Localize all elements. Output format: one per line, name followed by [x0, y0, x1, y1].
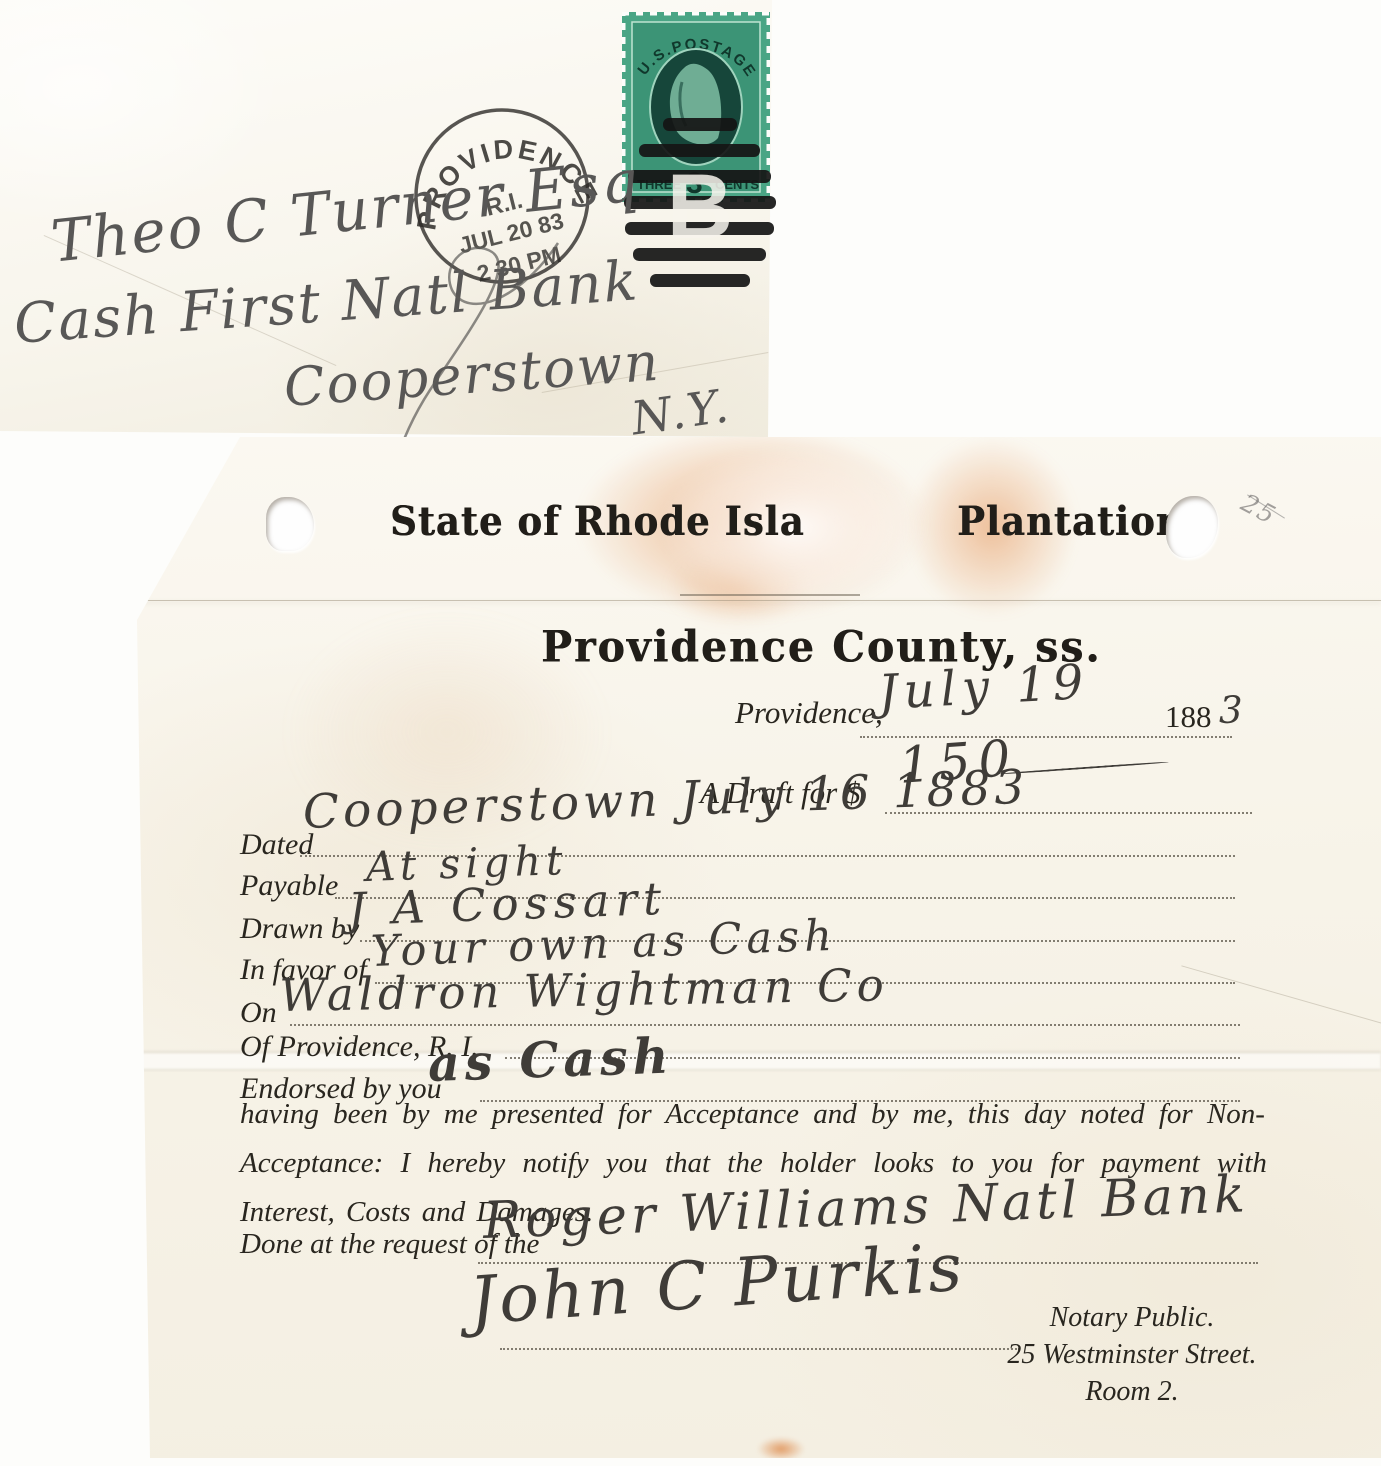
body-line-1: having been by me presented for Acceptan…: [240, 1098, 1265, 1131]
dotted-rule: [500, 1348, 1020, 1350]
field-value-endorsed: as Cash: [427, 1026, 674, 1093]
letter-sheet: State of Rhode Isla Plantations. Provide…: [137, 437, 1381, 1458]
scanned-document: PROVIDENCE R.I. JUL 20 83 2 30 PM U.S.PO…: [0, 0, 1381, 1466]
field-value-on: Waldron Wightman Co: [279, 958, 889, 1022]
field-value-dated: Cooperstown July 16 1883: [302, 760, 1029, 840]
dateline-place-label: Providence,: [735, 695, 883, 731]
header-rule: [680, 594, 860, 596]
header-state-left: State of Rhode Isla: [390, 497, 805, 545]
side-crease: [1181, 965, 1381, 1029]
fold-crease-top: [137, 600, 1381, 601]
field-label-on: On: [240, 996, 277, 1030]
field-label-drawn-by: Drawn by: [240, 912, 359, 946]
notary-room: Room 2.: [957, 1373, 1307, 1410]
bottom-stain: [757, 1437, 805, 1461]
dotted-rule: [290, 1024, 1240, 1026]
stain-blob: [667, 547, 807, 627]
notary-address: 25 Westminster Street.: [957, 1336, 1307, 1373]
dateline-written-date: July 19: [877, 654, 1091, 721]
cancel-letter: B: [667, 156, 733, 258]
dateline-year-printed: 188: [1165, 699, 1212, 735]
dateline-year-written: 3: [1219, 689, 1245, 732]
notary-title: Notary Public.: [957, 1299, 1307, 1336]
header-plantations: Plantations.: [957, 497, 1219, 545]
field-label-payable: Payable: [240, 869, 338, 903]
notary-block: Notary Public. 25 Westminster Street. Ro…: [957, 1299, 1307, 1410]
